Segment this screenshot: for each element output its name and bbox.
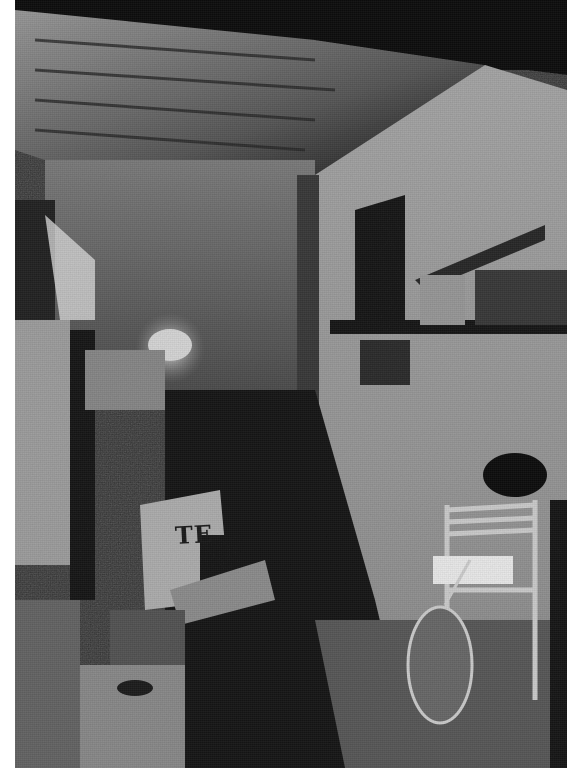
photograph: TE — [15, 0, 567, 768]
shelf-box — [420, 275, 465, 325]
left-cabinet — [15, 320, 70, 565]
landing-net — [408, 607, 472, 723]
scene — [15, 0, 567, 768]
desk — [85, 350, 165, 410]
box-4 — [15, 600, 80, 768]
window — [355, 195, 405, 330]
hanging-items — [475, 270, 567, 325]
chair-seat-card — [433, 556, 513, 584]
box-text: TE — [174, 519, 214, 550]
box-2 — [110, 610, 185, 670]
